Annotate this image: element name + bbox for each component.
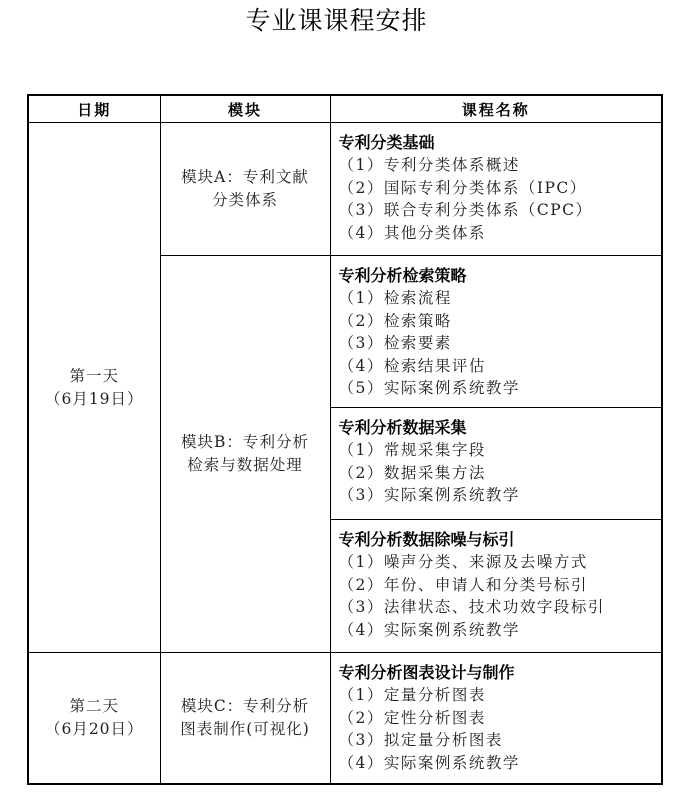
course-item: （4）实际案例系统教学 <box>339 619 656 642</box>
course-item: （3）拟定量分析图表 <box>339 729 656 752</box>
course-item: （3）实际案例系统教学 <box>339 484 656 507</box>
course-item: （2）年份、申请人和分类号标引 <box>339 574 656 597</box>
course-item: （2）定性分析图表 <box>339 707 656 730</box>
course-item: （1）定量分析图表 <box>339 684 656 707</box>
course-cell: 专利分析图表设计与制作 （1）定量分析图表 （2）定性分析图表 （3）拟定量分析… <box>330 653 662 784</box>
header-course-name: 课程名称 <box>330 95 662 123</box>
module-label: 模块A：专利文献 <box>161 166 330 189</box>
course-title: 专利分析图表设计与制作 <box>339 661 656 684</box>
course-item: （4）实际案例系统教学 <box>339 752 656 775</box>
course-item: （3）检索要素 <box>339 332 656 355</box>
day-date: （6月20日） <box>29 718 160 741</box>
course-item: （4）其他分类体系 <box>339 222 656 245</box>
course-cell: 专利分析数据采集 （1）常规采集字段 （2）数据采集方法 （3）实际案例系统教学 <box>330 408 662 520</box>
course-item: （2）检索策略 <box>339 310 656 333</box>
course-cell: 专利分析检索策略 （1）检索流程 （2）检索策略 （3）检索要素 （4）检索结果… <box>330 256 662 408</box>
day-date: （6月19日） <box>29 388 160 411</box>
header-date: 日期 <box>28 95 160 123</box>
course-item: （4）检索结果评估 <box>339 355 656 378</box>
schedule-table: 日期 模块 课程名称 第一天 （6月19日） 模块A：专利文献 分类体系 专利分… <box>27 94 663 785</box>
course-cell: 专利分析数据除噪与标引 （1）噪声分类、来源及去噪方式 （2）年份、申请人和分类… <box>330 520 662 653</box>
course-item: （1）专利分类体系概述 <box>339 154 656 177</box>
course-item: （5）实际案例系统教学 <box>339 377 656 400</box>
course-item: （1）检索流程 <box>339 287 656 310</box>
course-title: 专利分析数据采集 <box>339 416 656 439</box>
module-cell-c: 模块C：专利分析 图表制作(可视化) <box>160 653 330 784</box>
module-label-cont: 分类体系 <box>161 189 330 212</box>
page-title: 专业课课程安排 <box>0 4 673 38</box>
day-label: 第二天 <box>29 695 160 718</box>
header-row: 日期 模块 课程名称 <box>28 95 662 123</box>
course-item: （1）常规采集字段 <box>339 439 656 462</box>
date-cell-day1: 第一天 （6月19日） <box>28 123 160 653</box>
course-item: （3）联合专利分类体系（CPC） <box>339 199 656 222</box>
header-module: 模块 <box>160 95 330 123</box>
module-cell-a: 模块A：专利文献 分类体系 <box>160 123 330 256</box>
course-item: （2）国际专利分类体系（IPC） <box>339 177 656 200</box>
course-item: （1）噪声分类、来源及去噪方式 <box>339 551 656 574</box>
module-label-cont: 检索与数据处理 <box>161 454 330 477</box>
course-title: 专利分析数据除噪与标引 <box>339 528 656 551</box>
table-row: 第一天 （6月19日） 模块A：专利文献 分类体系 专利分类基础 （1）专利分类… <box>28 123 662 256</box>
table-row: 第二天 （6月20日） 模块C：专利分析 图表制作(可视化) 专利分析图表设计与… <box>28 653 662 784</box>
module-label: 模块B：专利分析 <box>161 431 330 454</box>
module-cell-b: 模块B：专利分析 检索与数据处理 <box>160 256 330 653</box>
day-label: 第一天 <box>29 365 160 388</box>
course-item: （2）数据采集方法 <box>339 462 656 485</box>
course-title: 专利分类基础 <box>339 131 656 154</box>
date-cell-day2: 第二天 （6月20日） <box>28 653 160 784</box>
module-label: 模块C：专利分析 <box>161 695 330 718</box>
course-cell: 专利分类基础 （1）专利分类体系概述 （2）国际专利分类体系（IPC） （3）联… <box>330 123 662 256</box>
module-label-cont: 图表制作(可视化) <box>161 718 330 741</box>
course-title: 专利分析检索策略 <box>339 264 656 287</box>
course-item: （3）法律状态、技术功效字段标引 <box>339 596 656 619</box>
